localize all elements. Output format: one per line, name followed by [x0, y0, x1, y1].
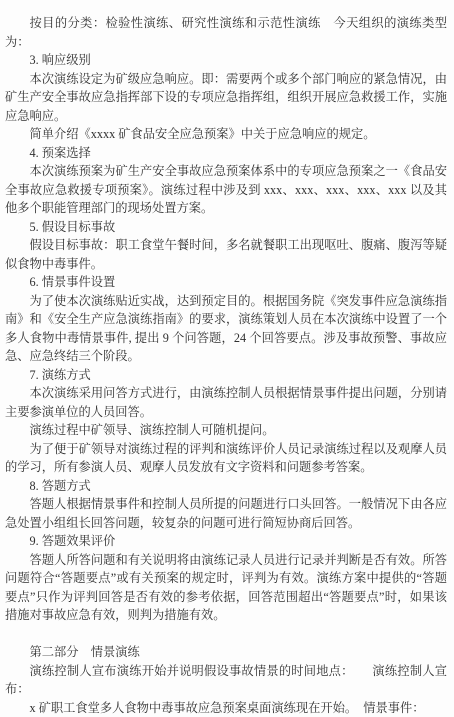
- paragraph: 7. 演练方式: [5, 366, 447, 385]
- paragraph: 本次演练预案为矿生产安全事故应急预案体系中的专项应急预案之一《食品安全事故应急救…: [5, 162, 447, 218]
- paragraph: 8. 答题方式: [5, 477, 447, 496]
- paragraph: 简单介绍《xxxx 矿食品安全应急预案》中关于应急响应的规定。: [5, 125, 447, 144]
- document-body: 按目的分类：检验性演练、研究性演练和示范性演练 今天组织的演练类型为：3. 响应…: [5, 14, 447, 717]
- paragraph: 6. 情景事件设置: [5, 273, 447, 292]
- paragraph: 为了使本次演练贴近实战，达到预定目的。根据国务院《突发事件应急演练指南》和《安全…: [5, 292, 447, 366]
- paragraph: 答题人所答问题和有关说明将由演练记录人员进行记录并判断是否有效。所答问题符合“答…: [5, 551, 447, 625]
- paragraph: 3. 响应级别: [5, 51, 447, 70]
- paragraph: 答题人根据情景事件和控制人员所提的问题进行口头回答。一般情况下由各应急处置小组组…: [5, 495, 447, 532]
- paragraph: 本次演练设定为矿级应急响应。即：需要两个或多个部门响应的紧急情况，由矿生产安全事…: [5, 70, 447, 126]
- paragraph: 4. 预案选择: [5, 144, 447, 163]
- paragraph: 演练过程中矿领导、演练控制人可随机提问。: [5, 421, 447, 440]
- paragraph: 演练控制人宣布演练开始并说明假设事故情景的时间地点： 演练控制人宣布：: [5, 662, 447, 699]
- document-page: 按目的分类：检验性演练、研究性演练和示范性演练 今天组织的演练类型为：3. 响应…: [0, 0, 454, 717]
- paragraph: 按目的分类：检验性演练、研究性演练和示范性演练 今天组织的演练类型为：: [5, 14, 447, 51]
- paragraph: 为了便于矿领导对演练过程的评判和演练评价人员记录演练过程以及观摩人员的学习，所有…: [5, 440, 447, 477]
- paragraph: 9. 答题效果评价: [5, 532, 447, 551]
- paragraph: 本次演练采用问答方式进行，由演练控制人员根据情景事件提出问题，分别请主要参演单位…: [5, 384, 447, 421]
- paragraph: 第二部分 情景演练: [5, 643, 447, 662]
- blank-line: [5, 625, 447, 644]
- paragraph: 假设目标事故：职工食堂午餐时间，多名就餐职工出现呕吐、腹痛、腹泻等疑似食物中毒事…: [5, 236, 447, 273]
- paragraph: 5. 假设目标事故: [5, 218, 447, 237]
- paragraph: x 矿职工食堂多人食物中毒事故应急预案桌面演练现在开始。 情景事件：: [5, 699, 447, 717]
